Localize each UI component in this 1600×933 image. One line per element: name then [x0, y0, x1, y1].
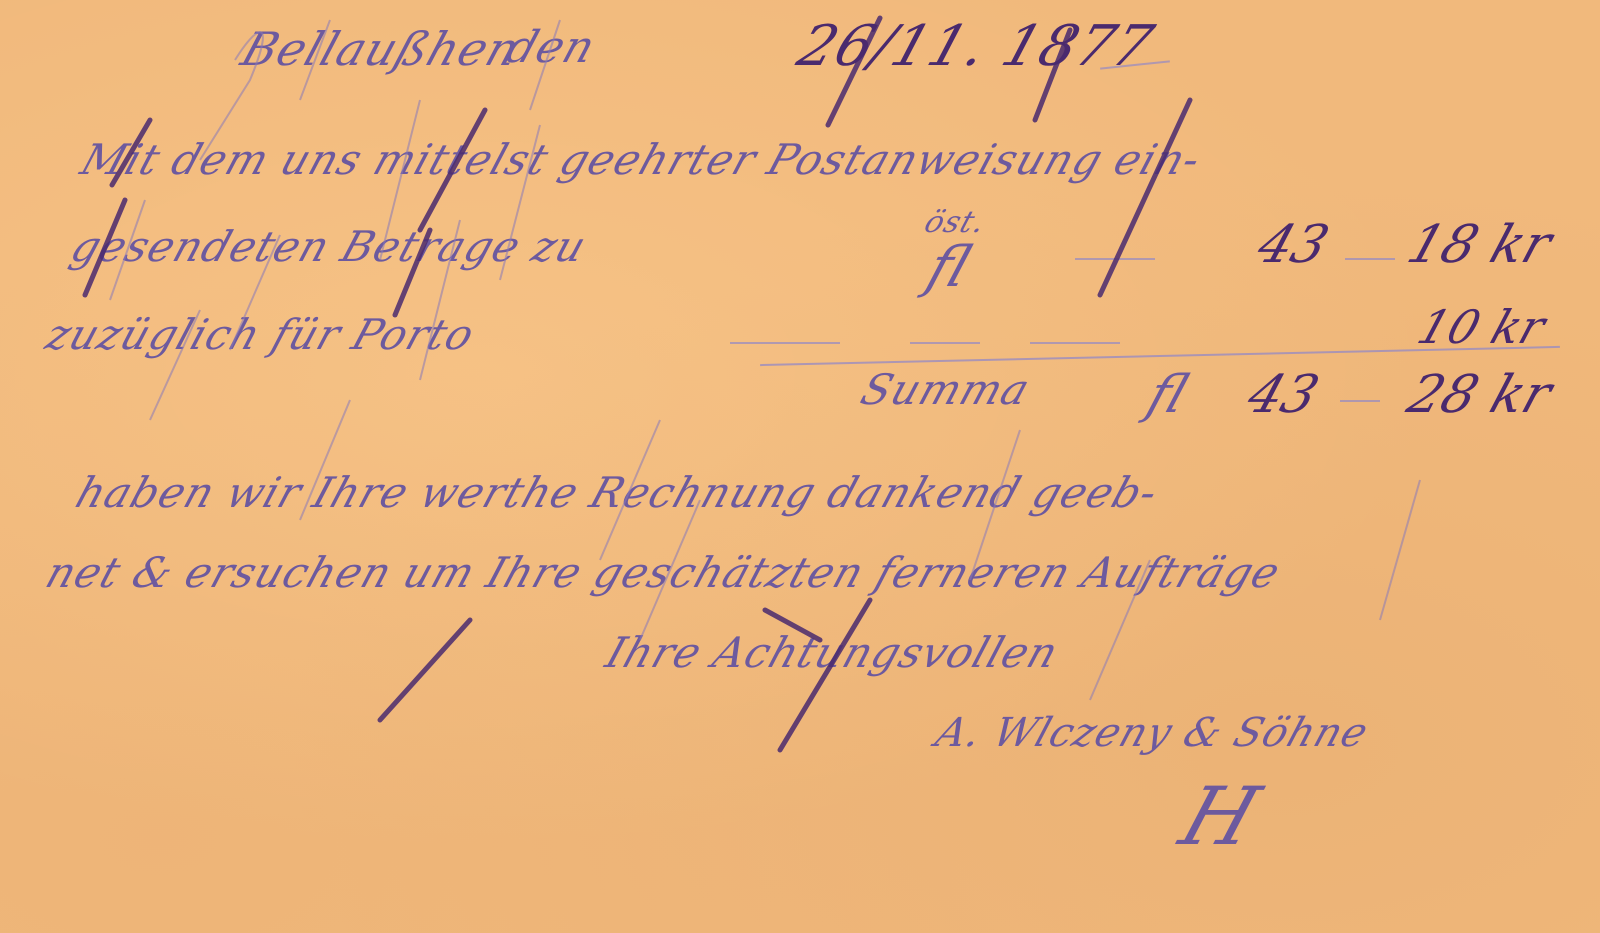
amount-kreuzer-1: 18 kr	[1400, 215, 1559, 275]
ledger-dash-2b	[910, 342, 980, 344]
ledger-dash-3	[1340, 400, 1380, 402]
currency-symbol-2: fl	[1140, 365, 1194, 425]
ledger-dash-1b	[1345, 258, 1395, 260]
sum-rule	[760, 346, 1560, 366]
closing: Ihre Achtungsvollen	[600, 628, 1065, 677]
body-line-6: net & ersuchen um Ihre geschätzten ferne…	[40, 548, 1287, 597]
ledger-dash-2c	[1030, 342, 1120, 344]
body-line-5: haben wir Ihre werthe Rechnung dankend g…	[70, 468, 1165, 517]
amount-kreuzer-sum: 28 kr	[1400, 365, 1559, 425]
header-place: Bellaußhen	[235, 22, 527, 76]
signature: A. Wlczeny & Söhne	[930, 710, 1374, 756]
initials: H	[1170, 770, 1271, 863]
ledger-dash-1	[1075, 258, 1155, 260]
summa-label: Summa	[855, 365, 1036, 414]
ledger-dash-2a	[730, 342, 840, 344]
body-line-3: zuzüglich für Porto	[40, 310, 481, 359]
body-line-1: Mit dem uns mittelst geehrter Postanweis…	[75, 135, 1208, 184]
header-date-prefix: den	[500, 22, 602, 73]
currency-symbol-1: fl	[919, 235, 977, 300]
amount-gulden-sum: 43	[1240, 365, 1326, 425]
amount-gulden-1: 43	[1250, 215, 1336, 275]
postcard: Bellaußhen den 26/11. 1877 Mit dem uns m…	[0, 0, 1600, 933]
body-line-2: gesendeten Betrage zu	[65, 222, 593, 271]
header-date: 26/11. 1877	[790, 14, 1162, 79]
